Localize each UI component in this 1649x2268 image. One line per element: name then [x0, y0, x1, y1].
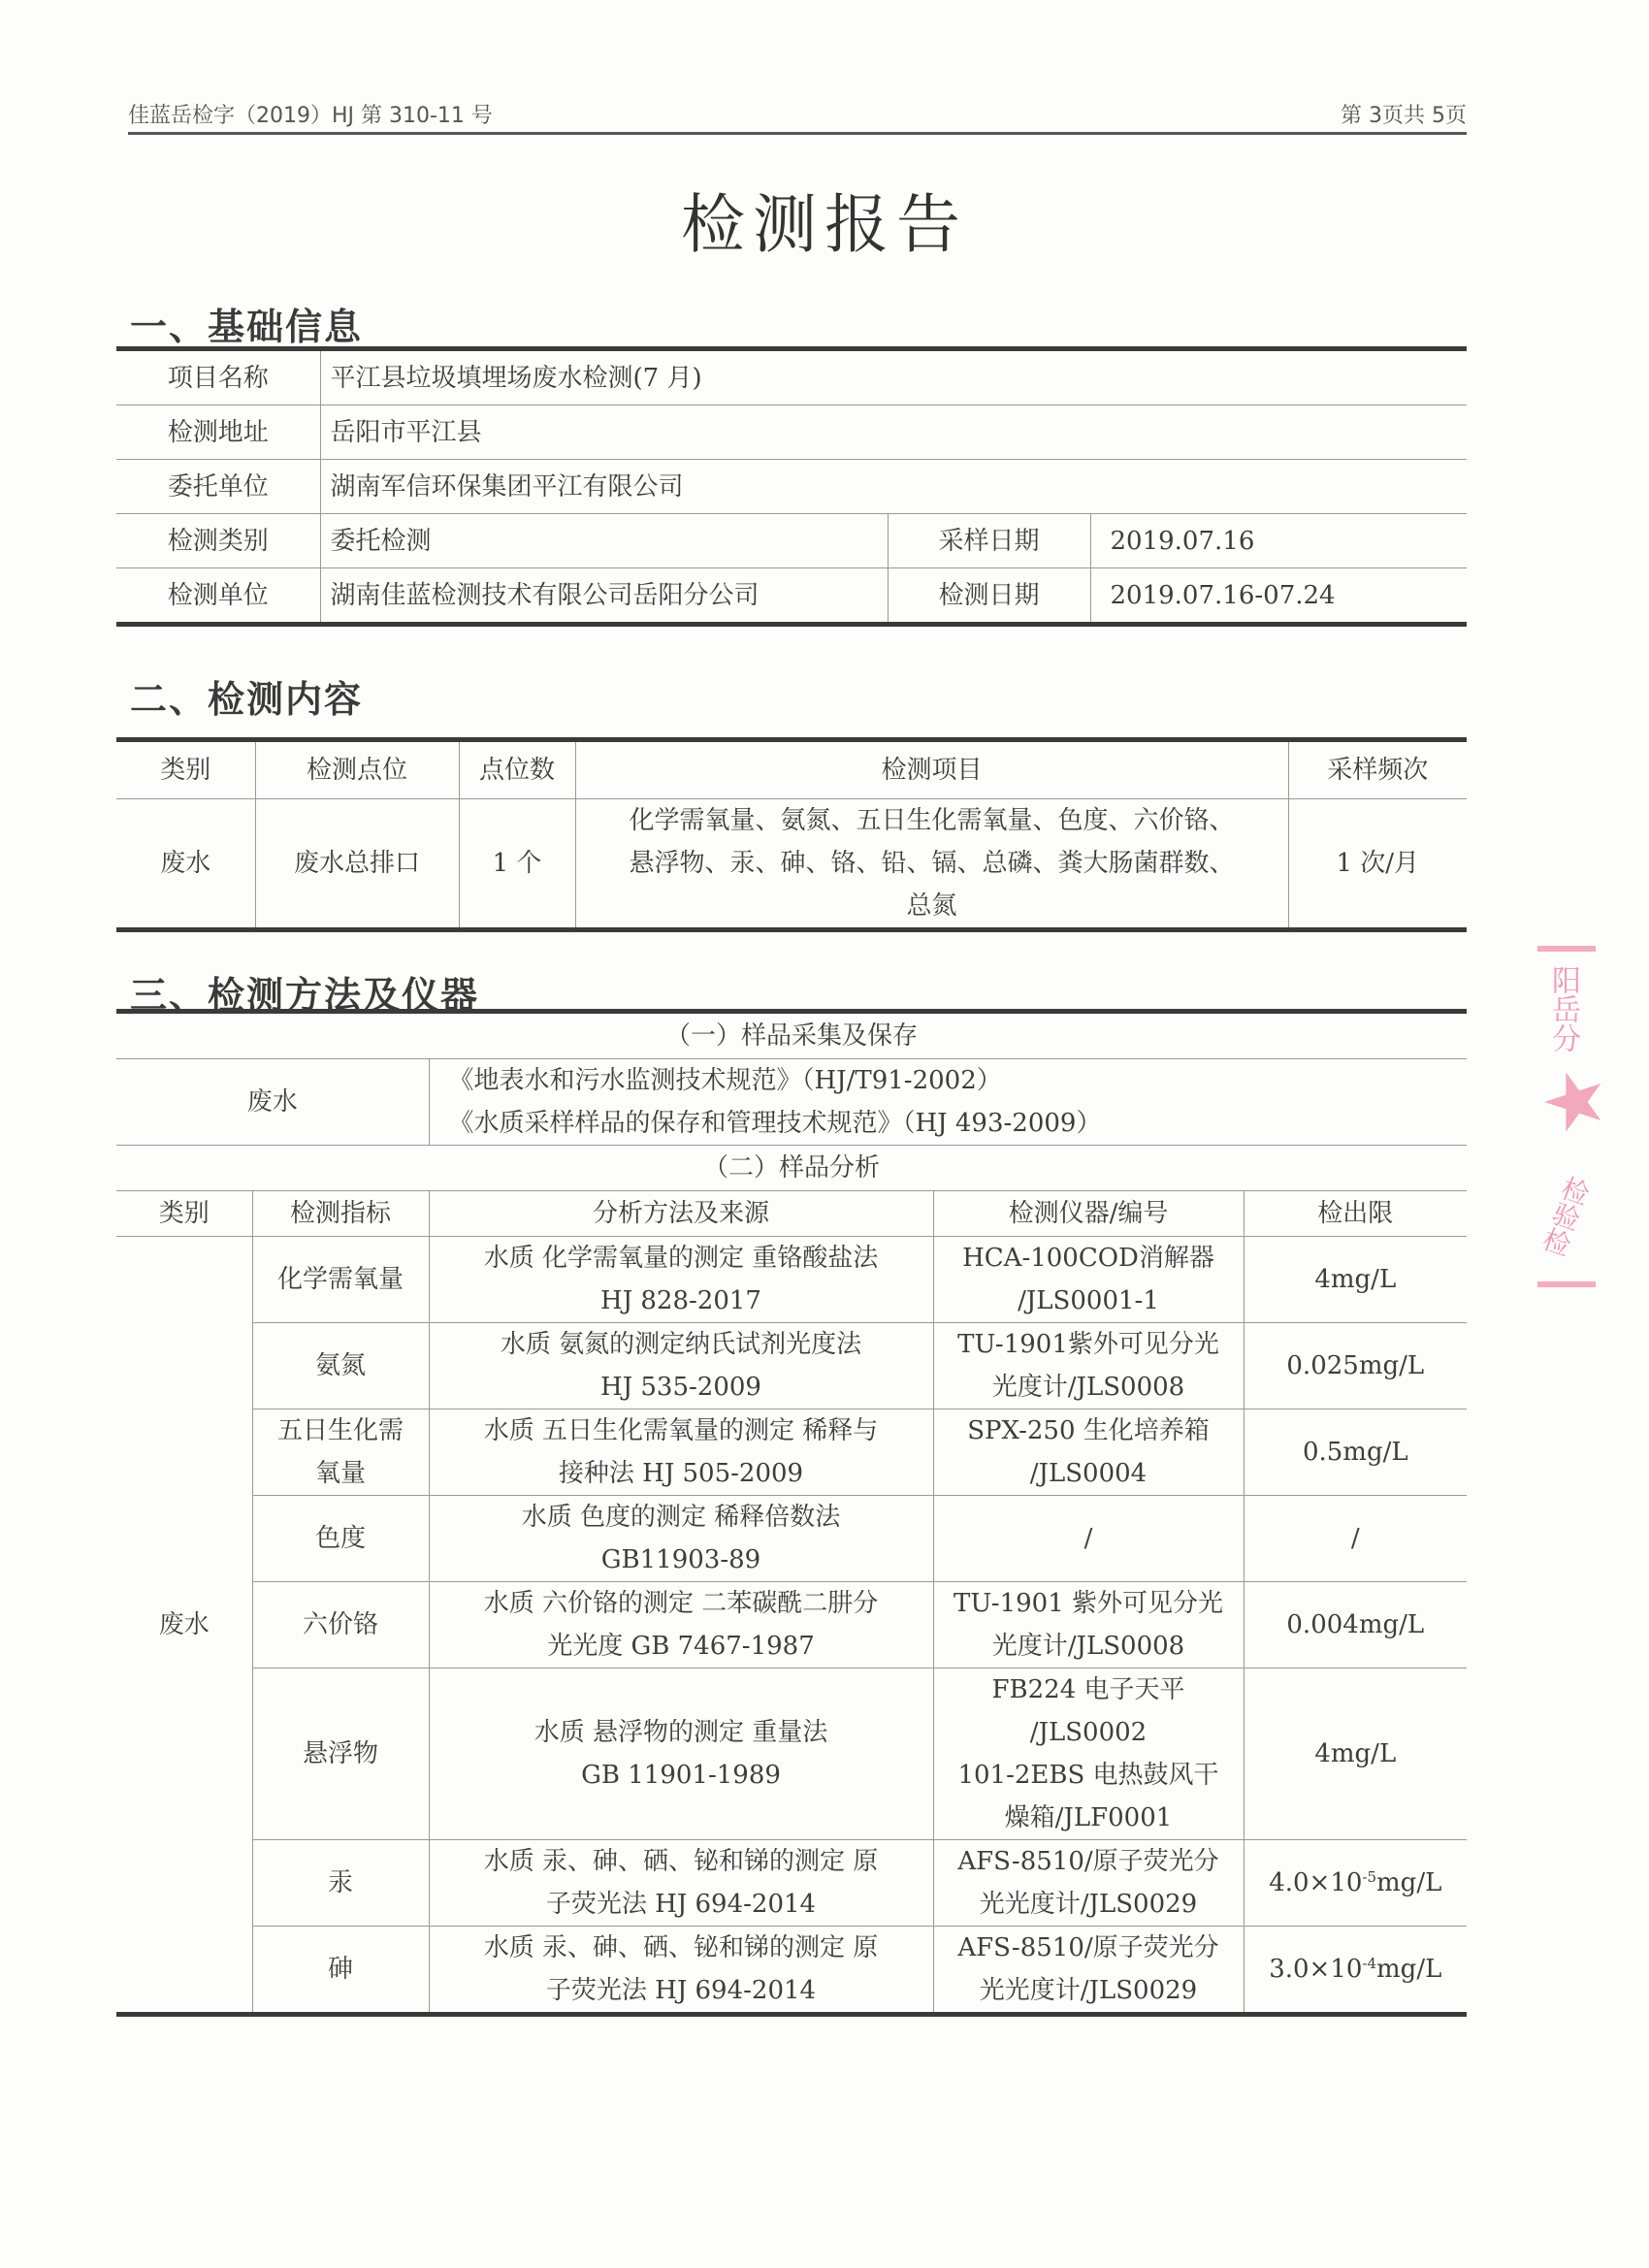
table-row: 废水 《地表水和污水监测技术规范》（HJ/T91-2002） 《水质采样样品的保…	[116, 1059, 1467, 1146]
test-content-table: 类别 检测点位 点位数 检测项目 采样频次 废水 废水总排口 1 个 化学需氧量…	[116, 737, 1467, 932]
limit-base: 4.0×10	[1269, 1868, 1362, 1897]
cell-limit: 3.0×10-4mg/L	[1244, 1927, 1467, 2015]
table-row: 氨氮 水质 氨氮的测定纳氏试剂光度法HJ 535-2009 TU-1901紫外可…	[116, 1323, 1467, 1409]
label-address: 检测地址	[116, 405, 320, 460]
subsection-row: （二）样品分析	[116, 1146, 1467, 1191]
instrument-line: /JLS0004	[940, 1452, 1238, 1495]
method-line: 水质 汞、砷、硒、铋和锑的测定 原	[436, 1840, 927, 1883]
cell-indicator: 色度	[252, 1496, 429, 1582]
table-row: 检测地址 岳阳市平江县	[116, 405, 1467, 460]
limit-exponent: -5	[1362, 1868, 1376, 1886]
subsection-row: （一）样品采集及保存	[116, 1012, 1467, 1059]
col-header-indicator: 检测指标	[252, 1191, 429, 1237]
table-row: 砷 水质 汞、砷、硒、铋和锑的测定 原子荧光法 HJ 694-2014 AFS-…	[116, 1927, 1467, 2015]
seal-text-bottom: 检验检	[1533, 1171, 1597, 1261]
col-header-category: 类别	[116, 740, 255, 799]
seal-text-top: 阳岳分	[1541, 965, 1584, 1053]
cell-instrument: AFS-8510/原子荧光分光光度计/JLS0029	[933, 1840, 1244, 1927]
table-row: 委托单位 湖南军信环保集团平江有限公司	[116, 460, 1467, 514]
instrument-line: 光光度计/JLS0029	[940, 1883, 1238, 1926]
method-line: HJ 535-2009	[436, 1366, 927, 1409]
methods-table: （一）样品采集及保存 废水 《地表水和污水监测技术规范》（HJ/T91-2002…	[116, 1009, 1467, 2017]
table-row: 五日生化需氧量 水质 五日生化需氧量的测定 稀释与接种法 HJ 505-2009…	[116, 1409, 1467, 1496]
value-test-unit: 湖南佳蓝检测技术有限公司岳阳分公司	[320, 568, 888, 625]
subsection-sampling-title: （一）样品采集及保存	[116, 1012, 1467, 1059]
standard-line: 《地表水和污水监测技术规范》（HJ/T91-2002）	[449, 1059, 1462, 1102]
cell-method: 水质 色度的测定 稀释倍数法GB11903-89	[429, 1496, 933, 1582]
standard-line: 《水质采样样品的保存和管理技术规范》（HJ 493-2009）	[449, 1102, 1462, 1145]
cell-count: 1 个	[459, 799, 575, 930]
section-content-heading: 二、检测内容	[130, 669, 363, 723]
seal-star-icon: ★	[1536, 1067, 1613, 1137]
items-line: 悬浮物、汞、砷、铬、铅、镉、总磷、粪大肠菌群数、	[584, 842, 1280, 885]
col-header-items: 检测项目	[575, 740, 1288, 799]
method-line: HJ 828-2017	[436, 1280, 927, 1322]
method-line: 水质 悬浮物的测定 重量法	[436, 1711, 927, 1754]
items-line: 总氮	[584, 885, 1280, 927]
method-line: 水质 五日生化需氧量的测定 稀释与	[436, 1409, 927, 1452]
method-line: GB11903-89	[436, 1539, 927, 1581]
value-address: 岳阳市平江县	[320, 405, 1467, 460]
cell-instrument: FB224 电子天平/JLS0002101-2EBS 电热鼓风干燥箱/JLF00…	[933, 1669, 1244, 1840]
instrument-line: FB224 电子天平	[940, 1669, 1238, 1711]
label-client: 委托单位	[116, 460, 320, 514]
col-header-category: 类别	[116, 1191, 252, 1237]
instrument-line: TU-1901 紫外可见分光	[940, 1582, 1238, 1625]
instrument-line: 光光度计/JLS0029	[940, 1969, 1238, 2012]
cell-limit: /	[1244, 1496, 1467, 1582]
cell-method: 水质 六价铬的测定 二苯碳酰二肼分光光度 GB 7467-1987	[429, 1582, 933, 1669]
cell-method: 水质 氨氮的测定纳氏试剂光度法HJ 535-2009	[429, 1323, 933, 1409]
cell-indicator: 悬浮物	[252, 1669, 429, 1840]
cell-limit: 4.0×10-5mg/L	[1244, 1840, 1467, 1927]
cell-point: 废水总排口	[255, 799, 459, 930]
cell-indicator: 六价铬	[252, 1582, 429, 1669]
col-header-method: 分析方法及来源	[429, 1191, 933, 1237]
cell-method: 水质 五日生化需氧量的测定 稀释与接种法 HJ 505-2009	[429, 1409, 933, 1496]
cell-category: 废水	[116, 799, 255, 930]
cell-instrument: SPX-250 生化培养箱/JLS0004	[933, 1409, 1244, 1496]
limit-base: 3.0×10	[1269, 1955, 1362, 1984]
instrument-line: TU-1901紫外可见分光	[940, 1323, 1238, 1366]
limit-unit: mg/L	[1376, 1955, 1441, 1984]
cell-method: 水质 悬浮物的测定 重量法GB 11901-1989	[429, 1669, 933, 1840]
cell-limit: 4mg/L	[1244, 1237, 1467, 1323]
items-line: 化学需氧量、氨氮、五日生化需氧量、色度、六价铬、	[584, 799, 1280, 842]
instrument-line: SPX-250 生化培养箱	[940, 1409, 1238, 1452]
table-row: 色度 水质 色度的测定 稀释倍数法GB11903-89 / /	[116, 1496, 1467, 1582]
method-line: 水质 色度的测定 稀释倍数法	[436, 1496, 927, 1539]
cell-limit: 0.004mg/L	[1244, 1582, 1467, 1669]
label-project-name: 项目名称	[116, 349, 320, 405]
basic-info-table: 项目名称 平江县垃圾填埋场废水检测(7 月) 检测地址 岳阳市平江县 委托单位 …	[116, 346, 1467, 627]
table-row: 检测类别 委托检测 采样日期 2019.07.16	[116, 514, 1467, 568]
col-header-point: 检测点位	[255, 740, 459, 799]
method-line: GB 11901-1989	[436, 1754, 927, 1797]
value-test-date: 2019.07.16-07.24	[1090, 568, 1467, 625]
table-row: 项目名称 平江县垃圾填埋场废水检测(7 月)	[116, 349, 1467, 405]
indicator-line: 五日生化需	[259, 1409, 423, 1452]
method-line: 水质 六价铬的测定 二苯碳酰二肼分	[436, 1582, 927, 1625]
table-row: 汞 水质 汞、砷、硒、铋和锑的测定 原子荧光法 HJ 694-2014 AFS-…	[116, 1840, 1467, 1927]
table-row: 废水 化学需氧量 水质 化学需氧量的测定 重铬酸盐法HJ 828-2017 HC…	[116, 1237, 1467, 1323]
cell-indicator: 氨氮	[252, 1323, 429, 1409]
cell-frequency: 1 次/月	[1288, 799, 1467, 930]
document-title: 检测报告	[0, 173, 1649, 265]
instrument-line: AFS-8510/原子荧光分	[940, 1840, 1238, 1883]
col-header-limit: 检出限	[1244, 1191, 1467, 1237]
table-row: 废水 废水总排口 1 个 化学需氧量、氨氮、五日生化需氧量、色度、六价铬、 悬浮…	[116, 799, 1467, 930]
instrument-line: 光度计/JLS0008	[940, 1625, 1238, 1668]
limit-unit: mg/L	[1376, 1868, 1441, 1897]
cell-instrument: HCA-100COD消解器/JLS0001-1	[933, 1237, 1244, 1323]
page-indicator: 第 3页共 5页	[1341, 99, 1467, 129]
method-line: 光光度 GB 7467-1987	[436, 1625, 927, 1668]
official-seal-stamp: 阳岳分 ★ 检验检	[1537, 946, 1596, 1287]
cell-instrument: TU-1901 紫外可见分光光度计/JLS0008	[933, 1582, 1244, 1669]
instrument-line: HCA-100COD消解器	[940, 1237, 1238, 1280]
cell-instrument: AFS-8510/原子荧光分光光度计/JLS0029	[933, 1927, 1244, 2015]
col-header-count: 点位数	[459, 740, 575, 799]
col-header-instrument: 检测仪器/编号	[933, 1191, 1244, 1237]
instrument-line: AFS-8510/原子荧光分	[940, 1927, 1238, 1969]
label-sampling-date: 采样日期	[888, 514, 1090, 568]
table-row: 悬浮物 水质 悬浮物的测定 重量法GB 11901-1989 FB224 电子天…	[116, 1669, 1467, 1840]
cell-method: 水质 化学需氧量的测定 重铬酸盐法HJ 828-2017	[429, 1237, 933, 1323]
table-row: 六价铬 水质 六价铬的测定 二苯碳酰二肼分光光度 GB 7467-1987 TU…	[116, 1582, 1467, 1669]
cell-instrument: TU-1901紫外可见分光光度计/JLS0008	[933, 1323, 1244, 1409]
value-test-type: 委托检测	[320, 514, 888, 568]
cell-indicator: 砷	[252, 1927, 429, 2015]
sampling-category: 废水	[116, 1059, 429, 1146]
sampling-standards: 《地表水和污水监测技术规范》（HJ/T91-2002） 《水质采样样品的保存和管…	[429, 1059, 1467, 1146]
cell-indicator: 汞	[252, 1840, 429, 1927]
label-test-date: 检测日期	[888, 568, 1090, 625]
cell-indicator: 化学需氧量	[252, 1237, 429, 1323]
indicator-line: 氧量	[259, 1452, 423, 1495]
instrument-line: 光度计/JLS0008	[940, 1366, 1238, 1409]
instrument-line: 燥箱/JLF0001	[940, 1797, 1238, 1839]
value-project-name: 平江县垃圾填埋场废水检测(7 月)	[320, 349, 1467, 405]
cell-indicator: 五日生化需氧量	[252, 1409, 429, 1496]
cell-method: 水质 汞、砷、硒、铋和锑的测定 原子荧光法 HJ 694-2014	[429, 1840, 933, 1927]
cell-limit: 0.5mg/L	[1244, 1409, 1467, 1496]
label-test-unit: 检测单位	[116, 568, 320, 625]
cell-items: 化学需氧量、氨氮、五日生化需氧量、色度、六价铬、 悬浮物、汞、砷、铬、铅、镉、总…	[575, 799, 1288, 930]
method-line: 水质 汞、砷、硒、铋和锑的测定 原	[436, 1927, 927, 1969]
report-number: 佳蓝岳检字（2019）HJ 第 310-11 号	[128, 99, 493, 129]
instrument-line: /JLS0001-1	[940, 1280, 1238, 1322]
method-line: 接种法 HJ 505-2009	[436, 1452, 927, 1495]
col-header-frequency: 采样频次	[1288, 740, 1467, 799]
method-line: 水质 化学需氧量的测定 重铬酸盐法	[436, 1237, 927, 1280]
table-row: 检测单位 湖南佳蓝检测技术有限公司岳阳分公司 检测日期 2019.07.16-0…	[116, 568, 1467, 625]
cell-method: 水质 汞、砷、硒、铋和锑的测定 原子荧光法 HJ 694-2014	[429, 1927, 933, 2015]
method-line: 水质 氨氮的测定纳氏试剂光度法	[436, 1323, 927, 1366]
limit-exponent: -4	[1362, 1955, 1376, 1972]
value-client: 湖南军信环保集团平江有限公司	[320, 460, 1467, 514]
page-header: 佳蓝岳检字（2019）HJ 第 310-11 号 第 3页共 5页	[128, 93, 1467, 135]
cell-limit: 4mg/L	[1244, 1669, 1467, 1840]
method-line: 子荧光法 HJ 694-2014	[436, 1883, 927, 1926]
instrument-line: 101-2EBS 电热鼓风干	[940, 1754, 1238, 1797]
subsection-analysis-title: （二）样品分析	[116, 1146, 1467, 1191]
table-header-row: 类别 检测指标 分析方法及来源 检测仪器/编号 检出限	[116, 1191, 1467, 1237]
method-line: 子荧光法 HJ 694-2014	[436, 1969, 927, 2012]
analysis-category: 废水	[116, 1237, 252, 2015]
label-test-type: 检测类别	[116, 514, 320, 568]
table-header-row: 类别 检测点位 点位数 检测项目 采样频次	[116, 740, 1467, 799]
instrument-line: /JLS0002	[940, 1711, 1238, 1754]
cell-limit: 0.025mg/L	[1244, 1323, 1467, 1409]
cell-instrument: /	[933, 1496, 1244, 1582]
section-basic-info-heading: 一、基础信息	[130, 297, 363, 350]
value-sampling-date: 2019.07.16	[1090, 514, 1467, 568]
